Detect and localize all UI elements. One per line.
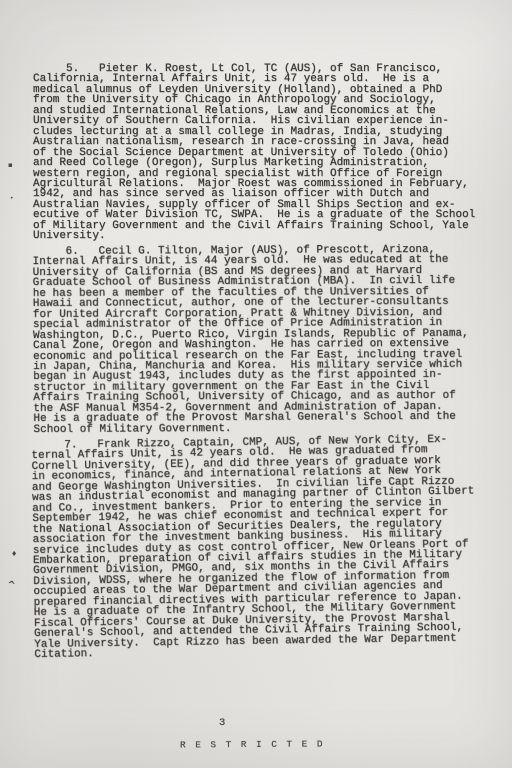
margin-pencil-caret: ^ (6, 581, 15, 590)
document-page: 5. Pieter K. Roest, Lt Col, TC (AUS), of… (0, 0, 512, 768)
paragraph-7-rizzo-bio: 7. Frank Rizzo, Captain, CMP, AUS, of Ne… (31, 434, 490, 660)
margin-pencil-diamond: ♦ (11, 550, 17, 558)
margin-pencil-dot-2: • (10, 195, 14, 203)
typed-text-block: 5. Pieter K. Roest, Lt Col, TC (AUS), of… (33, 64, 489, 666)
margin-pencil-dot-1: ▪ (8, 161, 13, 169)
classification-stamp: R E S T R I C T E D (180, 738, 324, 750)
paragraph-6-tilton-bio: 6. Cecil G. Tilton, Major (AUS), of Pres… (33, 245, 490, 436)
page-number: 3 (219, 717, 225, 729)
paragraph-5-roest-bio: 5. Pieter K. Roest, Lt Col, TC (AUS), of… (33, 64, 489, 242)
